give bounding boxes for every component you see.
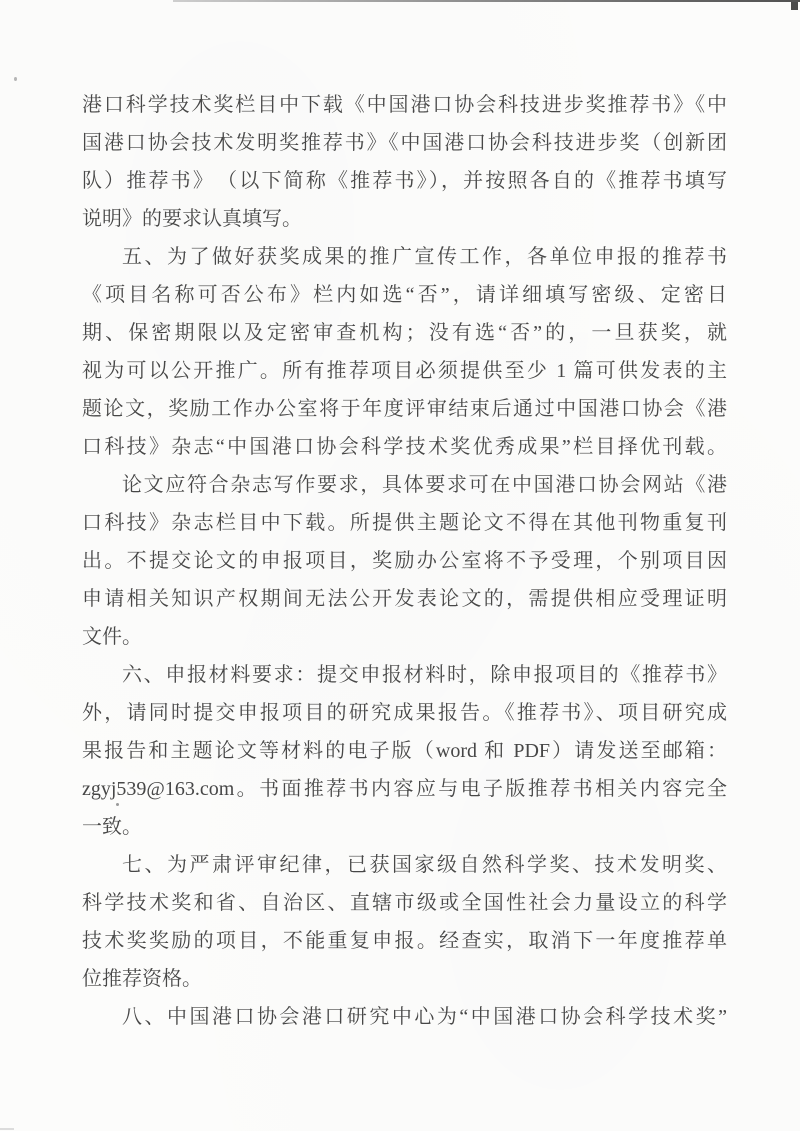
text-line-paragraph-start: 论文应符合杂志写作要求，具体要求可在中国港口协会网站《港: [82, 466, 727, 504]
text-line: 口科技》杂志“中国港口协会科学技术奖优秀成果”栏目择优刊载。: [82, 428, 727, 466]
text-line: 技术奖奖励的项目，不能重复申报。经查实，取消下一年度推荐单: [82, 922, 727, 960]
scan-corner-artifact: [791, 2, 798, 10]
text-line: 位推荐资格。: [82, 960, 727, 998]
text-line: 申请相关知识产权期间无法公开发表论文的，需提供相应受理证明: [82, 580, 727, 618]
text-line: 口科技》杂志栏目中下载。所提供主题论文不得在其他刊物重复刊: [82, 504, 727, 542]
text-line: 国港口协会技术发明奖推荐书》《中国港口协会科技进步奖（创新团: [82, 124, 727, 162]
text-line: 港口科学技术奖栏目中下载《中国港口协会科技进步奖推荐书》《中: [82, 86, 727, 124]
text-line: 外，请同时提交申报项目的研究成果报告。《推荐书》、项目研究成: [82, 694, 727, 732]
text-line: 一致。: [82, 808, 727, 846]
text-line: 《项目名称可否公布》栏内如选“否”，请详细填写密级、定密日: [82, 276, 727, 314]
text-line: 出。不提交论文的申报项目，奖励办公室将不予受理，个别项目因: [82, 542, 727, 580]
text-line-paragraph-start: 八、中国港口协会港口研究中心为“中国港口协会科学技术奖”: [82, 998, 727, 1036]
text-line: 队）推荐书》 （以下简称《推荐书》），并按照各自的《推荐书填写: [82, 162, 727, 200]
document-text-block: 港口科学技术奖栏目中下载《中国港口协会科技进步奖推荐书》《中 国港口协会技术发明…: [82, 86, 727, 1036]
text-line-paragraph-start: 五、为了做好获奖成果的推广宣传工作，各单位申报的推荐书: [82, 238, 727, 276]
text-line: 文件。: [82, 618, 727, 656]
text-line: 说明》的要求认真填写。: [82, 200, 727, 238]
text-line: 题论文，奖励工作办公室将于年度评审结束后通过中国港口协会《港: [82, 390, 727, 428]
text-line-with-email: zgyj539@163.com。书面推荐书内容应与电子版推荐书相关内容完全: [82, 770, 727, 808]
text-line-paragraph-start: 六、申报材料要求：提交申报材料时，除申报项目的《推荐书》: [82, 656, 727, 694]
text-line: 科学技术奖和省、自治区、直辖市级或全国性社会力量设立的科学: [82, 884, 727, 922]
text-line: 期、保密期限以及定密审查机构；没有选“否”的，一旦获奖，就: [82, 314, 727, 352]
scan-edge-artifact-top: [173, 0, 800, 2]
text-line-paragraph-start: 七、为严肃评审纪律，已获国家级自然科学奖、技术发明奖、: [82, 846, 727, 884]
scan-edge-artifact-bottom: [0, 1128, 14, 1130]
text-line: 视为可以公开推广。所有推荐项目必须提供至少 1 篇可供发表的主: [82, 352, 727, 390]
text-line: 果报告和主题论文等材料的电子版（word 和 PDF）请发送至邮箱：: [82, 732, 727, 770]
scan-speck: [14, 77, 17, 81]
